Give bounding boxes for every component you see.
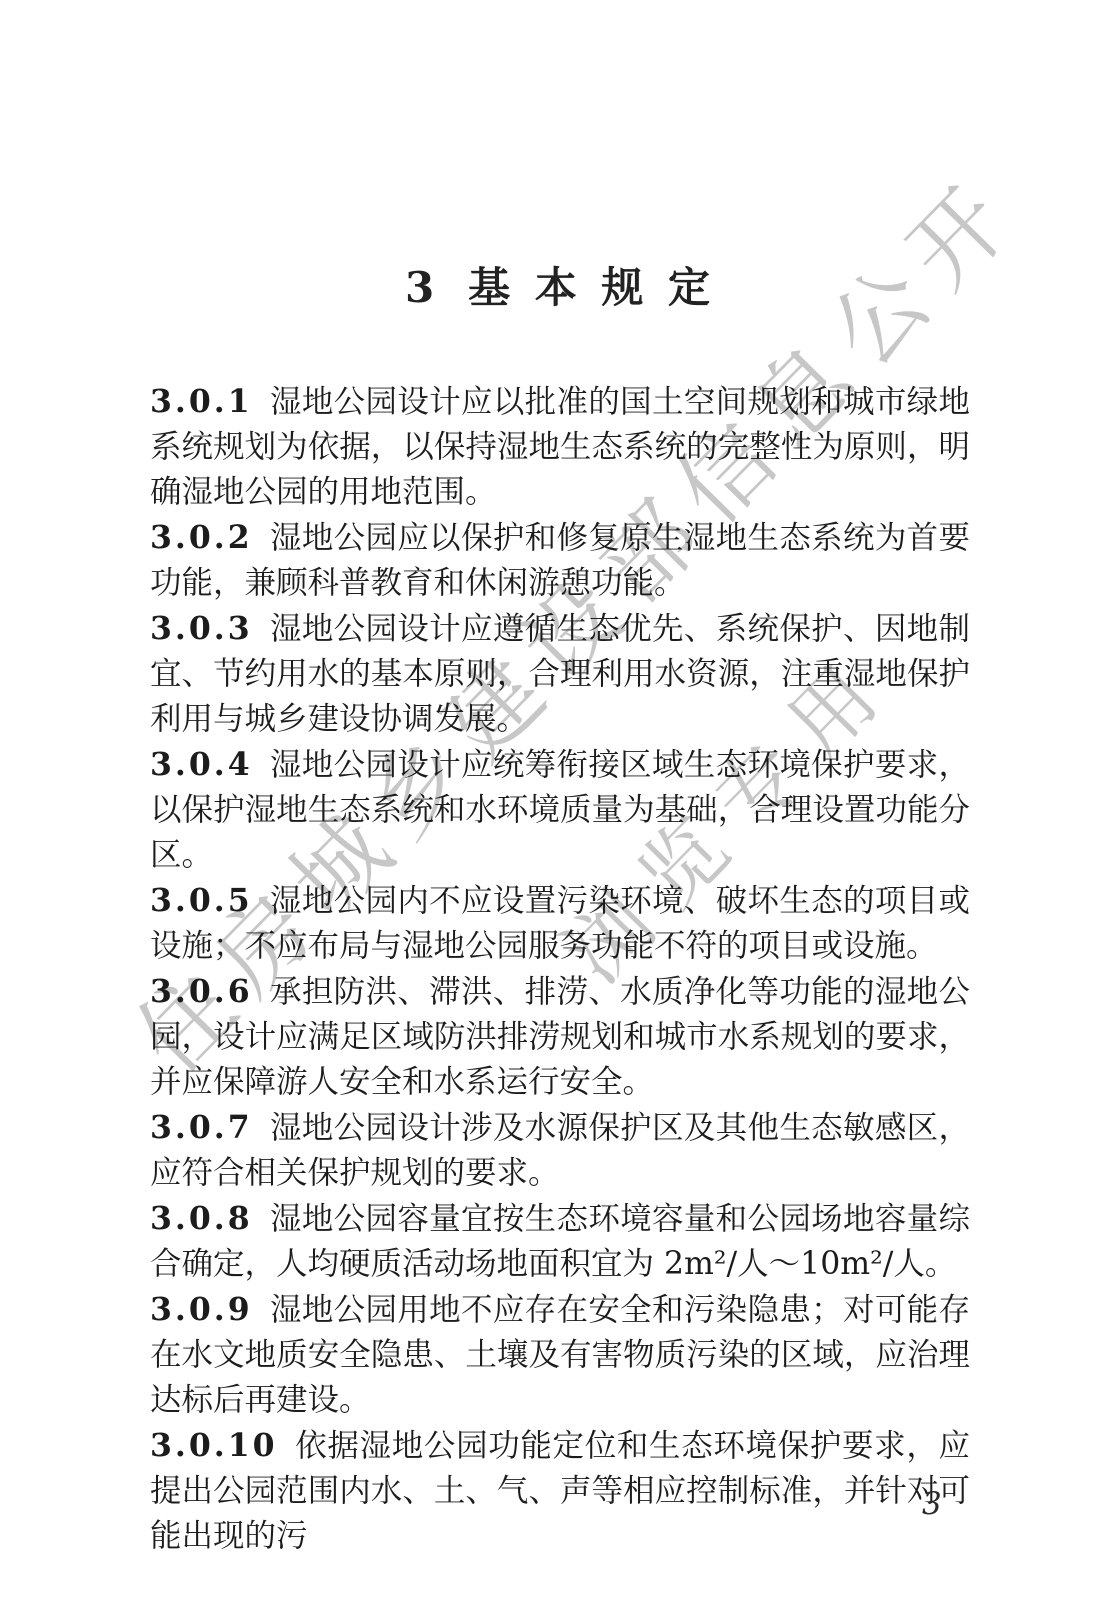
page-number: 3 [922,1486,942,1522]
clause-text: 湿地公园设计涉及水源保护区及其他生态敏感区，应符合相关保护规划的要求。 [150,1110,970,1191]
text-column: 3基 本 规 定 3.0.1湿地公园设计应以批准的国土空间规划和城市绿地系统规划… [150,0,970,1559]
clause-3-0-10: 3.0.10依据湿地公园功能定位和生态环境保护要求，应提出公园范围内水、土、气、… [150,1423,970,1559]
clause-text: 湿地公园容量宜按生态环境容量和公园场地容量综合确定，人均硬质活动场地面积宜为 2… [150,1201,970,1282]
chapter-number: 3 [405,263,434,312]
clause-number: 3.0.10 [150,1427,278,1464]
clause-text: 湿地公园内不应设置污染环境、破坏生态的项目或设施；不应布局与湿地公园服务功能不符… [150,883,970,964]
clause-number: 3.0.3 [150,610,253,647]
chapter-title-text: 基 本 规 定 [468,263,715,312]
clause-text: 湿地公园用地不应存在安全和污染隐患；对可能存在水文地质安全隐患、土壤及有害物质污… [150,1292,970,1418]
clause-text: 湿地公园设计应遵循生态优先、系统保护、因地制宜、节约用水的基本原则，合理利用水资… [150,611,970,737]
clause-number: 3.0.1 [150,383,253,420]
clause-number: 3.0.7 [150,1109,253,1146]
chapter-title: 3基 本 规 定 [150,255,970,315]
clause-number: 3.0.8 [150,1200,253,1237]
clause-number: 3.0.4 [150,746,253,783]
clause-3-0-8: 3.0.8湿地公园容量宜按生态环境容量和公园场地容量综合确定，人均硬质活动场地面… [150,1196,970,1287]
clause-3-0-9: 3.0.9湿地公园用地不应存在安全和污染隐患；对可能存在水文地质安全隐患、土壤及… [150,1287,970,1423]
clause-3-0-3: 3.0.3湿地公园设计应遵循生态优先、系统保护、因地制宜、节约用水的基本原则，合… [150,606,970,742]
clause-text: 湿地公园设计应以批准的国土空间规划和城市绿地系统规划为依据，以保持湿地生态系统的… [150,384,970,510]
clause-3-0-5: 3.0.5湿地公园内不应设置污染环境、破坏生态的项目或设施；不应布局与湿地公园服… [150,878,970,969]
clause-number: 3.0.5 [150,882,253,919]
clause-3-0-2: 3.0.2湿地公园应以保护和修复原生湿地生态系统为首要功能，兼顾科普教育和休闲游… [150,515,970,606]
clause-3-0-4: 3.0.4湿地公园设计应统筹衔接区域生态环境保护要求，以保护湿地生态系统和水环境… [150,742,970,878]
clause-text: 承担防洪、滞洪、排涝、水质净化等功能的湿地公园，设计应满足区域防洪排涝规划和城市… [150,974,970,1100]
clause-number: 3.0.9 [150,1291,253,1328]
clause-3-0-1: 3.0.1湿地公园设计应以批准的国土空间规划和城市绿地系统规划为依据，以保持湿地… [150,379,970,515]
clause-text: 湿地公园应以保护和修复原生湿地生态系统为首要功能，兼顾科普教育和休闲游憩功能。 [150,520,970,601]
clause-number: 3.0.2 [150,519,253,556]
clause-3-0-7: 3.0.7湿地公园设计涉及水源保护区及其他生态敏感区，应符合相关保护规划的要求。 [150,1105,970,1196]
clause-list: 3.0.1湿地公园设计应以批准的国土空间规划和城市绿地系统规划为依据，以保持湿地… [150,379,970,1559]
clause-number: 3.0.6 [150,973,253,1010]
clause-3-0-6: 3.0.6承担防洪、滞洪、排涝、水质净化等功能的湿地公园，设计应满足区域防洪排涝… [150,969,970,1105]
clause-text: 湿地公园设计应统筹衔接区域生态环境保护要求，以保护湿地生态系统和水环境质量为基础… [150,747,970,873]
document-page: 住房城乡建设部信息公开 浏览专用 3基 本 规 定 3.0.1湿地公园设计应以批… [0,0,1103,1598]
